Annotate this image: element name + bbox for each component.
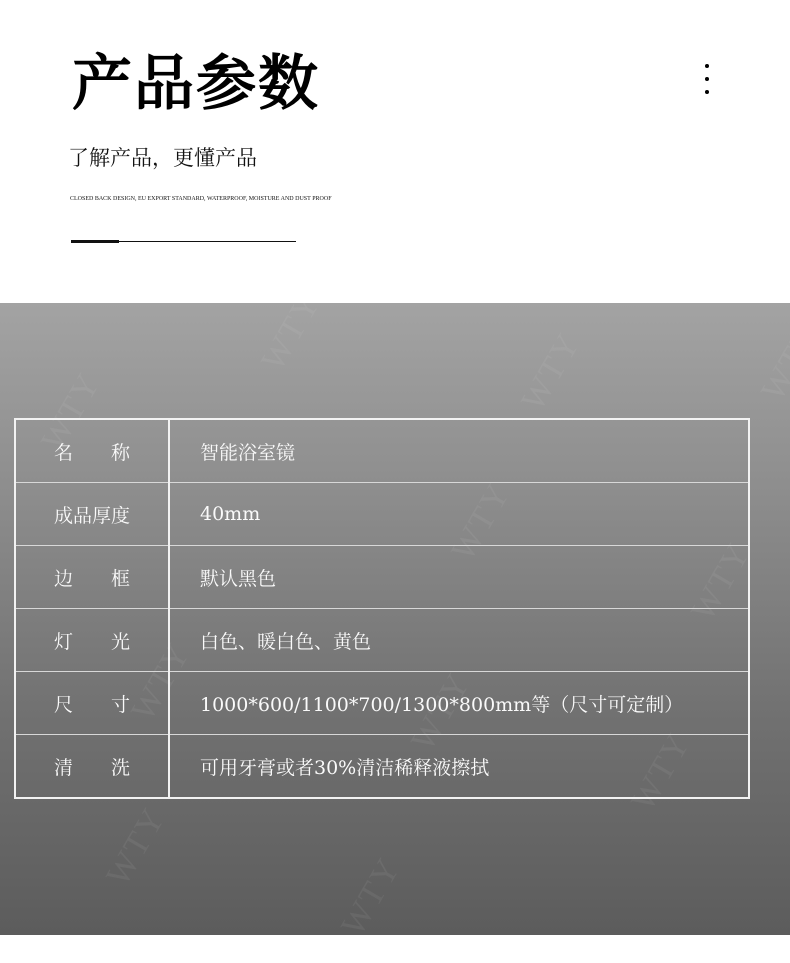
- spec-label: 清 洗: [15, 735, 169, 799]
- spec-value: 1000*600/1100*700/1300*800mm等（尺寸可定制）: [169, 672, 749, 735]
- divider-accent: [71, 240, 119, 243]
- table-row: 灯 光 白色、暖白色、黄色: [15, 609, 749, 672]
- table-row: 名 称 智能浴室镜: [15, 419, 749, 483]
- table-row: 清 洗 可用牙膏或者30%清洁稀释液擦拭: [15, 735, 749, 799]
- page-subtitle: 了解产品，更懂产品: [68, 144, 257, 172]
- footer-spacer: [0, 935, 790, 963]
- vertical-ellipsis-icon[interactable]: [700, 62, 714, 96]
- spec-value: 40mm: [169, 483, 749, 546]
- table-row: 边 框 默认黑色: [15, 546, 749, 609]
- tagline: CLOSED BACK DESIGN, EU EXPORT STANDARD, …: [70, 196, 332, 202]
- watermark: WTY: [254, 303, 329, 378]
- spec-label: 尺 寸: [15, 672, 169, 735]
- spec-table: 名 称 智能浴室镜 成品厚度 40mm 边 框 默认黑色 灯 光 白色、暖白色、…: [14, 418, 750, 799]
- watermark: WTY: [754, 316, 790, 407]
- header-section: 产品参数 了解产品，更懂产品 CLOSED BACK DESIGN, EU EX…: [0, 0, 790, 303]
- table-row: 尺 寸 1000*600/1100*700/1300*800mm等（尺寸可定制）: [15, 672, 749, 735]
- watermark: WTY: [514, 326, 589, 417]
- spec-label: 边 框: [15, 546, 169, 609]
- page-title: 产品参数: [72, 46, 320, 122]
- spec-value: 可用牙膏或者30%清洁稀释液擦拭: [169, 735, 749, 799]
- spec-label: 成品厚度: [15, 483, 169, 546]
- spec-label: 灯 光: [15, 609, 169, 672]
- watermark: WTY: [99, 801, 174, 892]
- spec-value: 白色、暖白色、黄色: [169, 609, 749, 672]
- watermark: WTY: [334, 851, 409, 935]
- spec-value: 智能浴室镜: [169, 419, 749, 483]
- spec-label: 名 称: [15, 419, 169, 483]
- table-row: 成品厚度 40mm: [15, 483, 749, 546]
- spec-value: 默认黑色: [169, 546, 749, 609]
